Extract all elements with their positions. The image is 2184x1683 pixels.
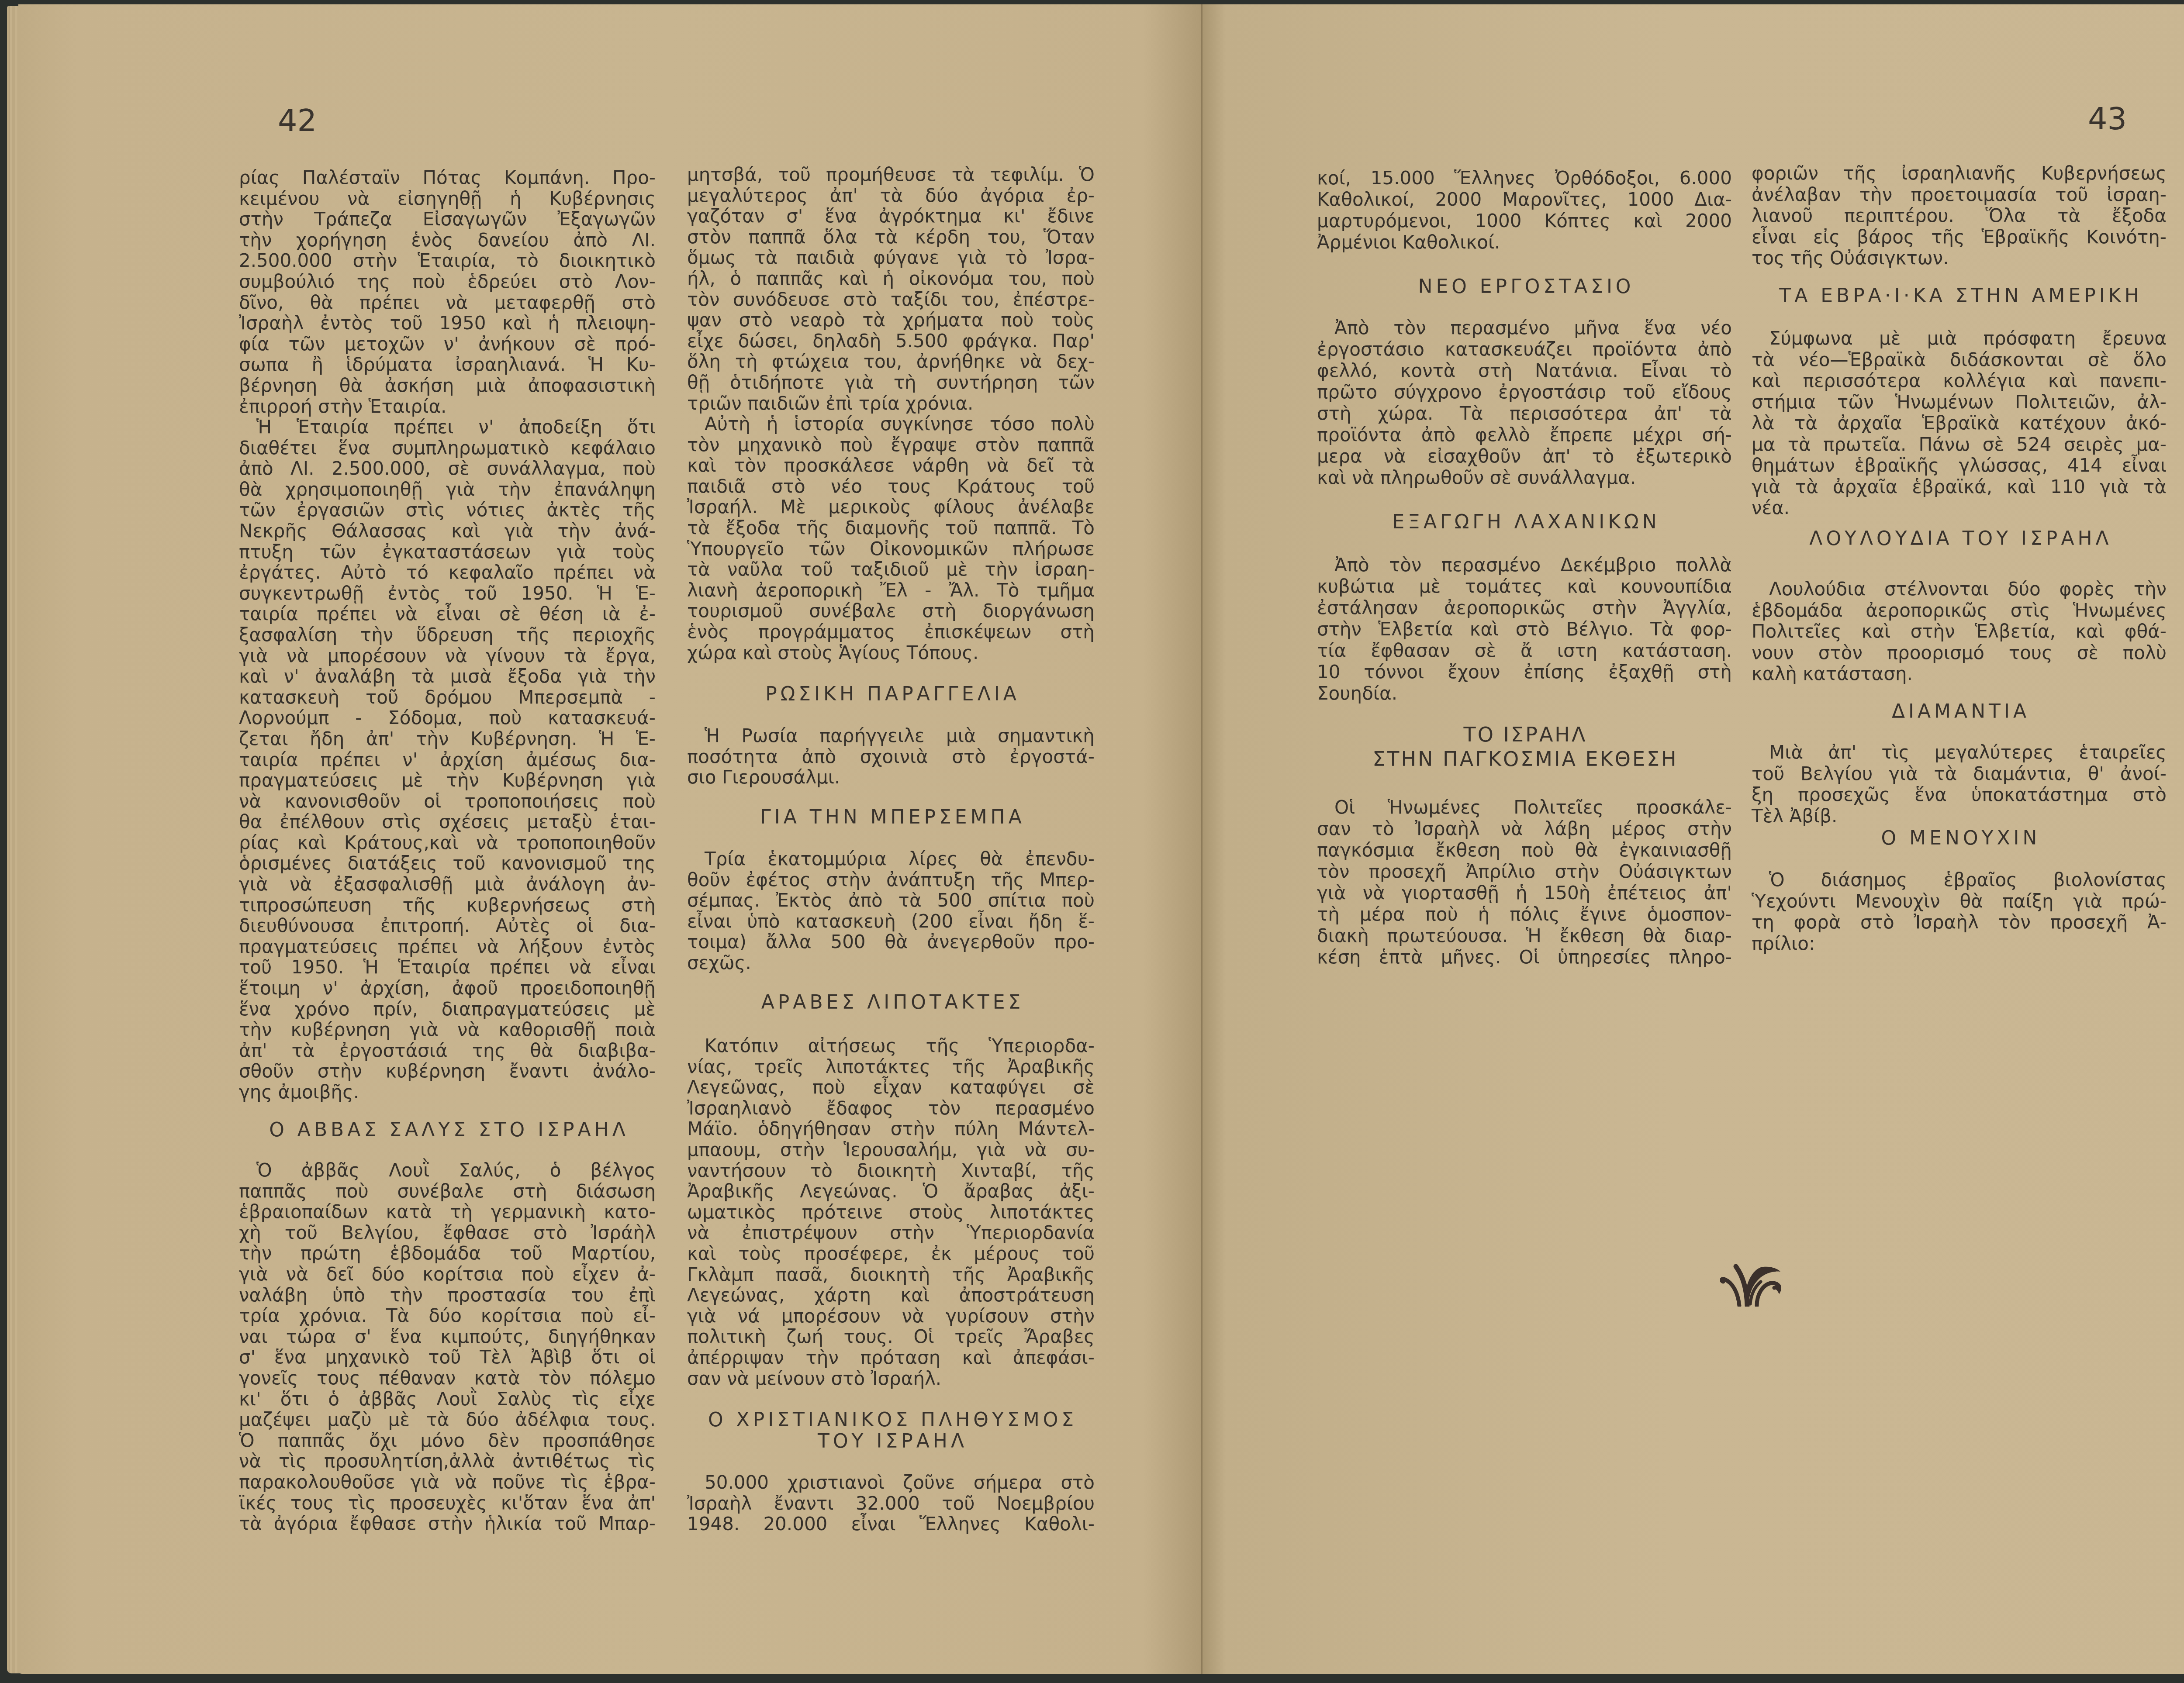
text-line: ζεται ἤδη ἀπ' τὴν Κυβέρνηση. Ἡ Ἑ- (239, 728, 656, 749)
text-line: γιὰ νά μπορέσουν νὰ γυρίσουν στὴν (687, 1306, 1095, 1327)
text-line: ἀπέρριψαν τὴν πρόταση καὶ ἀπεφάσι- (687, 1347, 1095, 1368)
text-line: εἶναι εἰς βάρος τῆς Ἑβραϊκῆς Κοινότη- (1752, 227, 2167, 248)
text-line: συγκεντρωθῇ ἐντὸς τοῦ 1950. Ἡ Ἑ- (239, 583, 656, 604)
text-line: σαν νὰ μείνουν στὸ Ἰσραήλ. (687, 1368, 1095, 1389)
heading-line: Ο ΑΒΒΑΣ ΣΑΛΥΣ ΣΤΟ ΙΣΡΑΗΛ (239, 1120, 656, 1141)
text-line: Μάϊο. ὁδηγήθησαν στὴν πύλη Μάντελ- (687, 1118, 1095, 1139)
heading-line: ΤΟ ΙΣΡΑΗΛ (1317, 722, 1732, 747)
text-line: παιδιᾶ στὸ νέο τους Κράτους τοῦ (687, 476, 1095, 497)
text-line: ἕνα χρόνο πρίν, διαπραγματεύσεις μὲ (239, 999, 656, 1020)
text-line: Αὐτὴ ἡ ἱστορία συγκίνησε τόσο πολὺ (687, 414, 1095, 435)
text-line: Λεγεῶνας, ποὺ εἶχαν καταφύγει σὲ (687, 1077, 1095, 1098)
heading-line: ΣΤΗΝ ΠΑΓΚΟΣΜΙΑ ΕΚΘΕΣΗ (1317, 747, 1732, 771)
text-line: νὰ ἐπιστρέψουν στὴν Ὑπεριορδανία (687, 1222, 1095, 1243)
text-line: ψαν στὸ νεαρὸ τὰ χρήματα ποὺ τοὺς (687, 310, 1095, 331)
text-line: θὰ χρησιμοποιηθῇ γιὰ τὴν ἐπανάληψη (239, 479, 656, 500)
heading-hebrew-in-america: ΤΑ ΕΒΡΑ·Ι·ΚΑ ΣΤΗΝ ΑΜΕΡΙΚΗ (1752, 286, 2167, 307)
text-line: στὸν παππᾶ ὅλα τὰ κέρδη του, Ὅταν (687, 227, 1095, 248)
text-line: σαν τὸ Ἰσραὴλ νὰ λάβη μέρος στὴν (1317, 818, 1732, 839)
text-line: γιὰ τὰ ἀρχαῖα ἑβραϊκά, καὶ 110 γιὰ τὰ (1752, 476, 2167, 498)
text-line: τὸν προσεχῆ Ἀπρίλιο στὴν Οὐάσιγκτων (1317, 861, 1732, 882)
text-line: Ἰσραὴλ ἔναντι 32.000 τοῦ Νοεμβρίου (687, 1493, 1095, 1514)
text-line: φοριῶν τῆς ἰσραηλιανῆς Κυβερνήσεως (1752, 163, 2167, 184)
text-line: τοῦ 1950. Ἡ Ἑταιρία πρέπει νὰ εἶναι (239, 957, 656, 978)
text-line: νὰ τὶς προσυλητίση,ἀλλὰ ἀντιθέτως τὶς (239, 1451, 656, 1472)
text-line: τὴν χορήγηση ἑνὸς δανείου ἀπὸ ΛΙ. (239, 230, 656, 251)
page-right: 43 κοί, 15.000 Ἕλληνες Ὀρθόδοξοι, 6.000Κ… (1203, 4, 2184, 1674)
text-line: διαθέτει ἕνα συμπληρωματικὸ κεφάλαιο (239, 438, 656, 459)
text-line: ποσότητα ἀπὸ σχοινιὰ στὸ ἐργοστά- (687, 746, 1095, 767)
heading-israel-world-exhibition: ΤΟ ΙΣΡΑΗΛΣΤΗΝ ΠΑΓΚΟΣΜΙΑ ΕΚΘΕΣΗ (1317, 722, 1732, 771)
text-line: ϊκές τους τὶς προσευχὲς κι'ὅταν ἕνα ἀπ' (239, 1493, 656, 1514)
text-line: γιὰ νὰ γιορτασθῇ ἡ 150ὴ ἐπέτειος ἀπ' (1317, 882, 1732, 904)
heading-line: ΕΞΑΓΩΓΗ ΛΑΧΑΝΙΚΩΝ (1317, 511, 1732, 533)
article-text-menuhin: Ὁ διάσημος ἑβραῖος βιολονίσταςὙεχούντι Μ… (1752, 869, 2167, 954)
text-line: ναι τώρα σ' ἕνα κιμπούτς, διηγήθηκαν (239, 1326, 656, 1347)
text-line: γιὰ νὰ ἐξασφαλισθῇ μιὰ ἀνάλογη ἀν- (239, 874, 656, 895)
text-line: ὁρισμένες διατάξεις τοῦ κανονισμοῦ της (239, 853, 656, 874)
text-line: τριῶν παιδιῶν ἐπὶ τρία χρόνια. (687, 393, 1095, 414)
text-line: Ἀραβικῆς Λεγεώνας. Ὁ ἄραβας ἀξι- (687, 1181, 1095, 1202)
text-line: ἑβραιοπαίδων κατὰ τὴ γερμανικὴ κατο- (239, 1201, 656, 1222)
text-line: Ὁ ἀββᾶς Λουῒ Σαλύς, ὁ βέλγος (239, 1160, 656, 1181)
text-line: τία ἔφθασαν σὲ ἄ ιστη κατάσταση. (1317, 640, 1732, 661)
text-line: διακὴ πρωτεύουσα. Ἡ ἔκθεση θὰ διαρ- (1317, 925, 1732, 946)
text-line: Οἱ Ἡνωμένες Πολιτεῖες προσκάλε- (1317, 797, 1732, 818)
text-line: τὸν συνόδευσε στὸ ταξίδι του, ἐπέστρε- (687, 289, 1095, 310)
text-line: νίας, τρεῖς λιποτάκτες τῆς Ἀραβικῆς (687, 1056, 1095, 1077)
heading-arab-deserters: ΑΡΑΒΕΣ ΛΙΠΟΤΑΚΤΕΣ (687, 992, 1095, 1013)
article-text-christian-population-continued: κοί, 15.000 Ἕλληνες Ὀρθόδοξοι, 6.000Καθο… (1317, 167, 1732, 253)
text-line: 1948. 20.000 εἶναι Ἕλληνες Καθολι- (687, 1514, 1095, 1535)
text-line: συμβούλιό της ποὺ ἑδρεύει στὸ Λον- (239, 271, 656, 292)
article-text-arab-deserters: Κατόπιν αἰτήσεως τῆς Ὑπεριορδα-νίας, τρε… (687, 1035, 1095, 1389)
text-line: τὰ ναῦλα τοῦ ταξιδιοῦ μὲ τὴν ἰσραη- (687, 559, 1095, 580)
text-line: λὰ τὰ ἀρχαῖα Ἑβραϊκὰ κατέχουν ἀκό- (1752, 413, 2167, 434)
article-text-new-factory: Ἀπὸ τὸν περασμένο μῆνα ἕνα νέοἐργοστάσιο… (1317, 317, 1732, 488)
text-line: παρακολουθοῦσε γιὰ νὰ ποῦνε τὶς ἑβρα- (239, 1472, 656, 1493)
text-line: Ἡ Ρωσία παρήγγειλε μιὰ σημαντικὴ (687, 725, 1095, 746)
text-line: θα ἐπέλθουν στὶς σχέσεις μεταξὺ ἑται- (239, 811, 656, 832)
text-line: γης ἀμοιβῆς. (239, 1082, 656, 1103)
text-line: Κατόπιν αἰτήσεως τῆς Ὑπεριορδα- (687, 1035, 1095, 1056)
text-line: Τρία ἑκατομμύρια λίρες θὰ ἐπενδυ- (687, 848, 1095, 869)
heading-abbe-salys-in-israel: Ο ΑΒΒΑΣ ΣΑΛΥΣ ΣΤΟ ΙΣΡΑΗΛ (239, 1120, 656, 1141)
text-line: Μιὰ ἀπ' τὶς μεγαλύτερες ἑταιρεῖες (1752, 742, 2167, 763)
article-text-russian-order: Ἡ Ρωσία παρήγγειλε μιὰ σημαντικὴποσότητα… (687, 725, 1095, 788)
text-line: σ' ἕνα μηχανικὸ τοῦ Τὲλ Ἀβὶβ ὅτι οἱ (239, 1347, 656, 1368)
heading-christian-population: Ο ΧΡΙΣΤΙΑΝΙΚΟΣ ΠΛΗΘΥΣΜΟΣΤΟΥ ΙΣΡΑΗΛ (687, 1409, 1095, 1452)
text-line: χώρα καὶ στοὺς Ἁγίους Τόπους. (687, 642, 1095, 663)
fleuron-ornament-icon (1720, 1262, 1781, 1307)
text-line: γιὰ νὰ μπορέσουν νὰ γίνουν τὰ ἔργα, (239, 645, 656, 666)
text-line: ταιρία πρέπει ν' ἀρχίση ἀμέσως δια- (239, 749, 656, 770)
heading-line: ΡΩΣΙΚΗ ΠΑΡΑΓΓΕΛΙΑ (687, 684, 1095, 705)
text-line: στὴ χώρα. Τὰ περισσότερα ἀπ' τὰ (1317, 403, 1732, 424)
text-line: νὰ κανονισθοῦν οἱ τροποποιήσεις ποὺ (239, 791, 656, 812)
text-line: τὰ νέο—Ἑβραϊκὰ διδάσκονται σὲ ὅλο (1752, 349, 2167, 371)
text-line: τη φορὰ στὸ Ἰσραὴλ τὸν προσεχῆ Ἀ- (1752, 912, 2167, 933)
heading-line: ΝΕΟ ΕΡΓΟΣΤΑΣΙΟ (1317, 276, 1732, 297)
article-text-abbe-salys: Ὁ ἀββᾶς Λουῒ Σαλύς, ὁ βέλγοςπαππᾶς ποὺ σ… (239, 1160, 656, 1534)
text-line: διευθύνουσα ἐπιτροπή. Αὐτὲς οἱ δια- (239, 915, 656, 936)
article-text-potash-company-capital: Ἡ Ἑταιρία πρέπει ν' ἀποδείξη ὅτιδιαθέτει… (239, 417, 656, 1103)
text-line: εἶχε δώσει, δηλαδὴ 5.500 φράγκα. Παρ' (687, 331, 1095, 352)
heading-russian-order: ΡΩΣΙΚΗ ΠΑΡΑΓΓΕΛΙΑ (687, 684, 1095, 705)
column-3: κοί, 15.000 Ἕλληνες Ὀρθόδοξοι, 6.000Καθο… (1317, 4, 1732, 1674)
text-line: καὶ περισσότερα κολλέγια καὶ πανεπι- (1752, 370, 2167, 392)
article-text-abbe-salys-continued: μητσβά, τοῦ προμήθευσε τὰ τεφιλίμ. Ὁμεγα… (687, 164, 1095, 414)
text-line: κατασκευὴ τοῦ δρόμου Μπερσεμπὰ - (239, 687, 656, 708)
text-line: ἀνέλαβαν τὴν προετοιμασία τοῦ ἰσραη- (1752, 184, 2167, 206)
text-line: ξασφαλίση τὴν ὕδρευση τῆς περιοχῆς (239, 624, 656, 645)
text-line: τὴν πρώτη ἑβδομάδα τοῦ Μαρτίου, (239, 1243, 656, 1264)
heading-line: ΛΟΥΛΟΥΔΙΑ ΤΟΥ ΙΣΡΑΗΛ (1752, 528, 2167, 550)
text-line: βέρνηση θὰ ἀσκήση μιὰ ἀποφασιστικὴ (239, 375, 656, 396)
heading-line: ΤΟΥ ΙΣΡΑΗΛ (687, 1431, 1095, 1452)
text-line: θημάτων ἑβραϊκῆς γλώσσας, 414 εἶναι (1752, 455, 2167, 476)
text-line: θοῦν ἐφέτος στὴν ἀνάπτυξη τῆς Μπερ- (687, 869, 1095, 890)
text-line: τὴν κυβέρνηση γιὰ νὰ καθορισθῇ ποιὰ (239, 1019, 656, 1040)
text-line: ρίας Παλέσταϊν Πότας Κομπάνη. Προ- (239, 167, 656, 188)
text-line: ρίας καὶ Κράτους,καὶ νὰ τροποποιηθοῦν (239, 832, 656, 853)
text-line: μα τὰ πρωτεῖα. Πάνω σὲ 524 σειρὲς μα- (1752, 434, 2167, 455)
text-line: στὴν Τράπεζα Εἰσαγωγῶν Ἐξαγωγῶν (239, 209, 656, 230)
text-line: ταιρία πρέπει νὰ εἶναι σὲ θέση ιὰ ἐ- (239, 604, 656, 624)
text-line: ἀπ' τὰ ἐργοστάσιά της θὰ διαβιβα- (239, 1040, 656, 1061)
article-text-christian-population: 50.000 χριστιανοὶ ζοῦνε σήμερα στὸἸσραὴλ… (687, 1472, 1095, 1535)
text-line: παππᾶς ποὺ συνέβαλε στὴ διάσωση (239, 1181, 656, 1202)
text-line: τοιμα) ἄλλα 500 θὰ ἀνεγερθοῦν προ- (687, 931, 1095, 952)
text-line: Λουλούδια στέλνονται δύο φορὲς τὴν (1752, 579, 2167, 600)
heading-line: ΑΡΑΒΕΣ ΛΙΠΟΤΑΚΤΕΣ (687, 992, 1095, 1013)
text-line: καλὴ κατάσταση. (1752, 663, 2167, 685)
text-line: Ὁ παππᾶς ὄχι μόνο δὲν προσπάθησε (239, 1430, 656, 1451)
text-line: τος τῆς Οὐάσιγκτων. (1752, 248, 2167, 269)
text-line: πραγματεύσεις μὲ τὴν Κυβέρνηση γιὰ (239, 770, 656, 791)
text-line: μεγαλύτερος ἀπ' τὰ δύο ἀγόρια ἐρ- (687, 185, 1095, 206)
heading-vegetable-exports: ΕΞΑΓΩΓΗ ΛΑΧΑΝΙΚΩΝ (1317, 511, 1732, 533)
text-line: φελλό, κοντὰ στὴ Νατάνια. Εἶναι τὸ (1317, 360, 1732, 381)
heading-line: Ο ΜΕΝΟΥΧΙΝ (1752, 828, 2167, 849)
text-line: Τὲλ Ἀβίβ. (1752, 806, 2167, 827)
text-line: Ἀπὸ τὸν περασμένο Δεκέμβριο πολλὰ (1317, 554, 1732, 576)
text-line: καὶ ν' ἀναλάβη τὰ μισὰ ἔξοδα γιὰ τὴν (239, 666, 656, 687)
text-line: στήμια τῶν Ἡνωμένων Πολιτειῶν, ἀλ- (1752, 392, 2167, 413)
text-line: ναλάβη ὑπὸ τὴν προστασία του ἐπὶ (239, 1285, 656, 1306)
text-line: μερα νὰ εἰσαχθοῦν ἀπ' τὸ ἐξωτερικὸ (1317, 445, 1732, 467)
text-line: Νεκρῆς Θάλασσας καὶ γιὰ τὴν ἀνά- (239, 521, 656, 541)
heading-diamonds: ΔΙΑΜΑΝΤΙΑ (1752, 701, 2167, 723)
text-line: νουν στὸν προορισμό τους σὲ πολὺ (1752, 642, 2167, 664)
text-line: 10 τόννοι ἔχουν ἐπίσης ἐξαχθῇ στὴ (1317, 661, 1732, 683)
text-line: γιὰ νὰ δεῖ δύο κορίτσια ποὺ εἶχεν ἀ- (239, 1264, 656, 1285)
text-line: στὴν Ἑλβετία καὶ στὸ Βέλγιο. Τὰ φορ- (1317, 618, 1732, 640)
article-text-flowers: Λουλούδια στέλνονται δύο φορὲς τὴνἑβδομά… (1752, 579, 2167, 685)
text-line: σέμπας. Ἐκτὸς ἀπὸ τὰ 500 σπίτια ποὺ (687, 890, 1095, 911)
article-text-hebrew-in-america: Σύμφωνα μὲ μιὰ πρόσφατη ἔρευνατὰ νέο—Ἑβρ… (1752, 328, 2167, 519)
text-line: παγκόσμια ἔκθεση ποὺ θὰ ἐγκαινιασθῇ (1317, 839, 1732, 861)
text-line: Ἰσραήλ. Μὲ μερικοὺς φίλους ἀνέλαβε (687, 497, 1095, 517)
text-line: Ὑπουργεῖο τῶν Οἰκονομικῶν πλήρωσε (687, 538, 1095, 559)
text-line: μαρτυρόμενοι, 1000 Κόπτες καὶ 2000 (1317, 210, 1732, 231)
text-line: τουρισμοῦ συνέβαλε στὴ διοργάνωση (687, 600, 1095, 621)
text-line: Ἀρμένιοι Καθολικοί. (1317, 231, 1732, 253)
text-line: τιπροσώπευση τῆς κυβερνήσεως στὴ (239, 895, 656, 916)
text-line: καὶ τὸν προσκάλεσε νάρθη νὰ δεῖ τὰ (687, 455, 1095, 476)
text-line: ἐργοστάσιο κατασκευάζει προϊόντα ἀπὸ (1317, 338, 1732, 360)
text-line: κοί, 15.000 Ἕλληνες Ὀρθόδοξοι, 6.000 (1317, 167, 1732, 189)
text-line: ἕτοιμη ν' ἀρχίση, ἀφοῦ προειδοποιηθῇ (239, 978, 656, 999)
article-text-abbe-salys-visit: Αὐτὴ ἡ ἱστορία συγκίνησε τόσο πολὺτὸν μη… (687, 414, 1095, 663)
text-line: χὴ τοῦ Βελγίου, ἔφθασε στὸ Ἰσράὴλ (239, 1222, 656, 1243)
article-text-palestine-potash: ρίας Παλέσταϊν Πότας Κομπάνη. Προ-κειμέν… (239, 167, 656, 417)
text-line: κέση ἑπτὰ μῆνες. Οἱ ὑπηρεσίες πληρο- (1317, 946, 1732, 968)
text-line: μπαουμ, στὴν Ἱερουσαλήμ, γιὰ νὰ συ- (687, 1139, 1095, 1160)
text-line: σθοῦν στὴν κυβέρνηση ἔναντι ἀνάλο- (239, 1061, 656, 1082)
text-line: σιο Γιερουσάλμι. (687, 767, 1095, 788)
text-line: ἐργάτες. Αὐτὸ τό κεφαλαῖο πρέπει νὰ (239, 562, 656, 583)
heading-new-factory: ΝΕΟ ΕΡΓΟΣΤΑΣΙΟ (1317, 276, 1732, 297)
text-line: πρῶτο σύγχρονο ἐργοστάσιρ τοῦ εἴδους (1317, 381, 1732, 403)
heading-line: ΤΑ ΕΒΡΑ·Ι·ΚΑ ΣΤΗΝ ΑΜΕΡΙΚΗ (1752, 286, 2167, 307)
column-1: ρίας Παλέσταϊν Πότας Κομπάνη. Προ-κειμέν… (239, 4, 656, 1674)
text-line: Ἰσραηλιανὸ ἔδαφος τὸν περασμένο (687, 1098, 1095, 1119)
text-line: ἐστάλησαν ἀεροπορικῶς στὴν Ἀγγλία, (1317, 597, 1732, 618)
text-line: καὶ νὰ πληρωθοῦν σὲ συνάλλαγμα. (1317, 467, 1732, 488)
heading-menuhin: Ο ΜΕΝΟΥΧΙΝ (1752, 828, 2167, 849)
text-line: Σύμφωνα μὲ μιὰ πρόσφατη ἔρευνα (1752, 328, 2167, 349)
text-line: νέα. (1752, 497, 2167, 519)
text-line: τρία χρόνια. Τὰ δύο κορίτσια ποὺ εἶ- (239, 1305, 656, 1326)
column-2: μητσβά, τοῦ προμήθευσε τὰ τεφιλίμ. Ὁμεγα… (687, 4, 1095, 1674)
text-line: Ἀπὸ τὸν περασμένο μῆνα ἕνα νέο (1317, 317, 1732, 338)
text-line: ὅμως τὰ παιδιὰ φύγανε γιὰ τὸ Ἰσρα- (687, 247, 1095, 268)
text-line: προϊόντα ἀπὸ φελλὸ ἔπρεπε μέχρι σή- (1317, 424, 1732, 445)
text-line: δῖνο, θὰ πρέπει νὰ μεταφερθῇ στὸ (239, 292, 656, 313)
text-line: ναντήσουν τὸ διοικητὴ Χινταβί, τῆς (687, 1160, 1095, 1181)
text-line: Σουηδία. (1317, 683, 1732, 704)
text-line: ωματικὸς πρότεινε στοὺς λιποτάκτες (687, 1202, 1095, 1223)
text-line: ήλ, ὁ παππᾶς καὶ ἡ οἰκονόμα του, ποὺ (687, 268, 1095, 289)
text-line: πρίλιο: (1752, 933, 2167, 955)
article-text-vegetable-exports: Ἀπὸ τὸν περασμένο Δεκέμβριο πολλὰκυβώτια… (1317, 554, 1732, 704)
text-line: τὸν μηχανικὸ ποὺ ἔγραψε στὸν παππᾶ (687, 435, 1095, 455)
text-line: καὶ τοὺς προσέφερε, ἐκ μέρους τοῦ (687, 1243, 1095, 1264)
text-line: σωπα ἢ ἱδρύματα ἰσραηλιανά. Ἡ Κυ- (239, 354, 656, 375)
text-line: ἑνὸς προγράμματος ἐπισκέψεων στὴ (687, 621, 1095, 642)
article-text-beersheba: Τρία ἑκατομμύρια λίρες θὰ ἐπενδυ-θοῦν ἐφ… (687, 848, 1095, 973)
text-line: λιανὴ ἀεροπορικὴ Ἔλ - Ἄλ. Τὸ τμῆμα (687, 580, 1095, 601)
text-line: κι' ὅτι ὁ ἀββᾶς Λουῒ Σαλὺς τὶς εἶχε (239, 1389, 656, 1410)
text-line: Καθολικοί, 2000 Μαρονῖτες, 1000 Δια- (1317, 189, 1732, 210)
text-line: 50.000 χριστιανοὶ ζοῦνε σήμερα στὸ (687, 1472, 1095, 1493)
text-line: τοῦ Βελγίου γιὰ τὰ διαμάντια, θ' ἀνοί- (1752, 763, 2167, 785)
text-line: τὰ ἀγόρια ἔφθασε στὴν ἡλικία τοῦ Μπαρ- (239, 1513, 656, 1534)
article-text-world-exhibition-continued: φοριῶν τῆς ἰσραηλιανῆς Κυβερνήσεωςἀνέλαβ… (1752, 163, 2167, 269)
text-line: λιανοῦ περιπτέρου. Ὅλα τὰ ἔξοδα (1752, 205, 2167, 227)
text-line: Πολιτεῖες καὶ στὴν Ἑλβετία, καὶ φθά- (1752, 621, 2167, 642)
heading-flowers-of-israel: ΛΟΥΛΟΥΔΙΑ ΤΟΥ ΙΣΡΑΗΛ (1752, 528, 2167, 550)
text-line: τὴ μέρα ποὺ ἡ πόλις ἔγινε ὁμοσπον- (1317, 904, 1732, 925)
text-line: Λορνούμπ - Σόδομα, ποὺ κατασκευά- (239, 707, 656, 728)
text-line: γαζόταν σ' ἕνα ἀγρόκτημα κι' ἔδινε (687, 206, 1095, 227)
text-line: Ὑεχούντι Μενουχὶν θὰ παίξη γιὰ πρώ- (1752, 891, 2167, 912)
text-line: κειμένου νὰ εἰσηγηθῇ ἡ Κυβέρνησις (239, 188, 656, 209)
text-line: Ἰσραὴλ ἐντὸς τοῦ 1950 καὶ ἡ πλειοψη- (239, 313, 656, 334)
text-line: γονεῖς τους πέθαναν κατὰ τὸν πόλεμο (239, 1368, 656, 1389)
text-line: 2.500.000 στὴν Ἑταιρία, τὸ διοικητικὸ (239, 250, 656, 271)
heading-line: Ο ΧΡΙΣΤΙΑΝΙΚΟΣ ΠΛΗΘΥΣΜΟΣ (687, 1409, 1095, 1431)
text-line: ἐπιρροή στὴν Ἑταιρία. (239, 396, 656, 417)
text-line: ἀπὸ ΛΙ. 2.500.000, σὲ συνάλλαγμα, ποὺ (239, 458, 656, 479)
text-line: τῶν ἐργασιῶν στὶς νότιες ἀκτὲς τῆς (239, 500, 656, 521)
heading-line: ΔΙΑΜΑΝΤΙΑ (1752, 701, 2167, 723)
text-line: Ὁ διάσημος ἑβραῖος βιολονίστας (1752, 869, 2167, 891)
text-line: Λεγεώνας, χάρτη καὶ ἀποστράτευση (687, 1285, 1095, 1306)
text-line: θῇ ὁτιδήποτε γιὰ τὴ συντήρηση τῶν (687, 372, 1095, 393)
text-line: ἑβδομάδα ἀεροπορικῶς στὶς Ἡνωμένες (1752, 600, 2167, 621)
text-line: πραγματεύσεις πρέπει νὰ λήξουν ἐντὸς (239, 936, 656, 957)
heading-for-beersheba: ΓΙΑ ΤΗΝ ΜΠΕΡΣΕΜΠΑ (687, 807, 1095, 828)
text-line: σεχῶς. (687, 952, 1095, 973)
column-4: φοριῶν τῆς ἰσραηλιανῆς Κυβερνήσεωςἀνέλαβ… (1752, 4, 2167, 1674)
text-line: ξη προσεχῶς ἕνα ὑποκατάστημα στὸ (1752, 784, 2167, 806)
text-line: τὰ ἔξοδα τῆς διαμονῆς τοῦ παππᾶ. Τὸ (687, 517, 1095, 538)
text-line: φία τῶν μετοχῶν ν' ἀνήκουν σὲ πρό- (239, 334, 656, 355)
text-line: ὅλη τὴ φτώχεια του, ἀρνήθηκε νὰ δεχ- (687, 351, 1095, 372)
text-line: πολιτικὴ ζωή τους. Οἱ τρεῖς Ἄραβες (687, 1326, 1095, 1347)
text-line: Γκλὰμπ πασᾶ, διοικητὴ τῆς Ἀραβικῆς (687, 1264, 1095, 1285)
text-line: εἶναι ὑπὸ κατασκευὴ (200 εἶναι ἤδη ἕ- (687, 911, 1095, 932)
heading-line: ΓΙΑ ΤΗΝ ΜΠΕΡΣΕΜΠΑ (687, 807, 1095, 828)
text-line: Ἡ Ἑταιρία πρέπει ν' ἀποδείξη ὅτι (239, 417, 656, 438)
article-text-diamonds: Μιὰ ἀπ' τὶς μεγαλύτερες ἑταιρεῖεςτοῦ Βελ… (1752, 742, 2167, 827)
page-left: 42 ρίας Παλέσταϊν Πότας Κομπάνη. Προ-κει… (18, 4, 1203, 1674)
text-line: πτυξη τῶν ἐγκαταστάσεων γιὰ τοὺς (239, 541, 656, 562)
text-line: μαζέψει μαζὺ μὲ τὰ δύο ἀδέλφια τους. (239, 1409, 656, 1430)
article-text-world-exhibition: Οἱ Ἡνωμένες Πολιτεῖες προσκάλε-σαν τὸ Ἰσ… (1317, 797, 1732, 968)
text-line: μητσβά, τοῦ προμήθευσε τὰ τεφιλίμ. Ὁ (687, 164, 1095, 185)
text-line: κυβώτια μὲ τομάτες καὶ κουνουπίδια (1317, 576, 1732, 597)
